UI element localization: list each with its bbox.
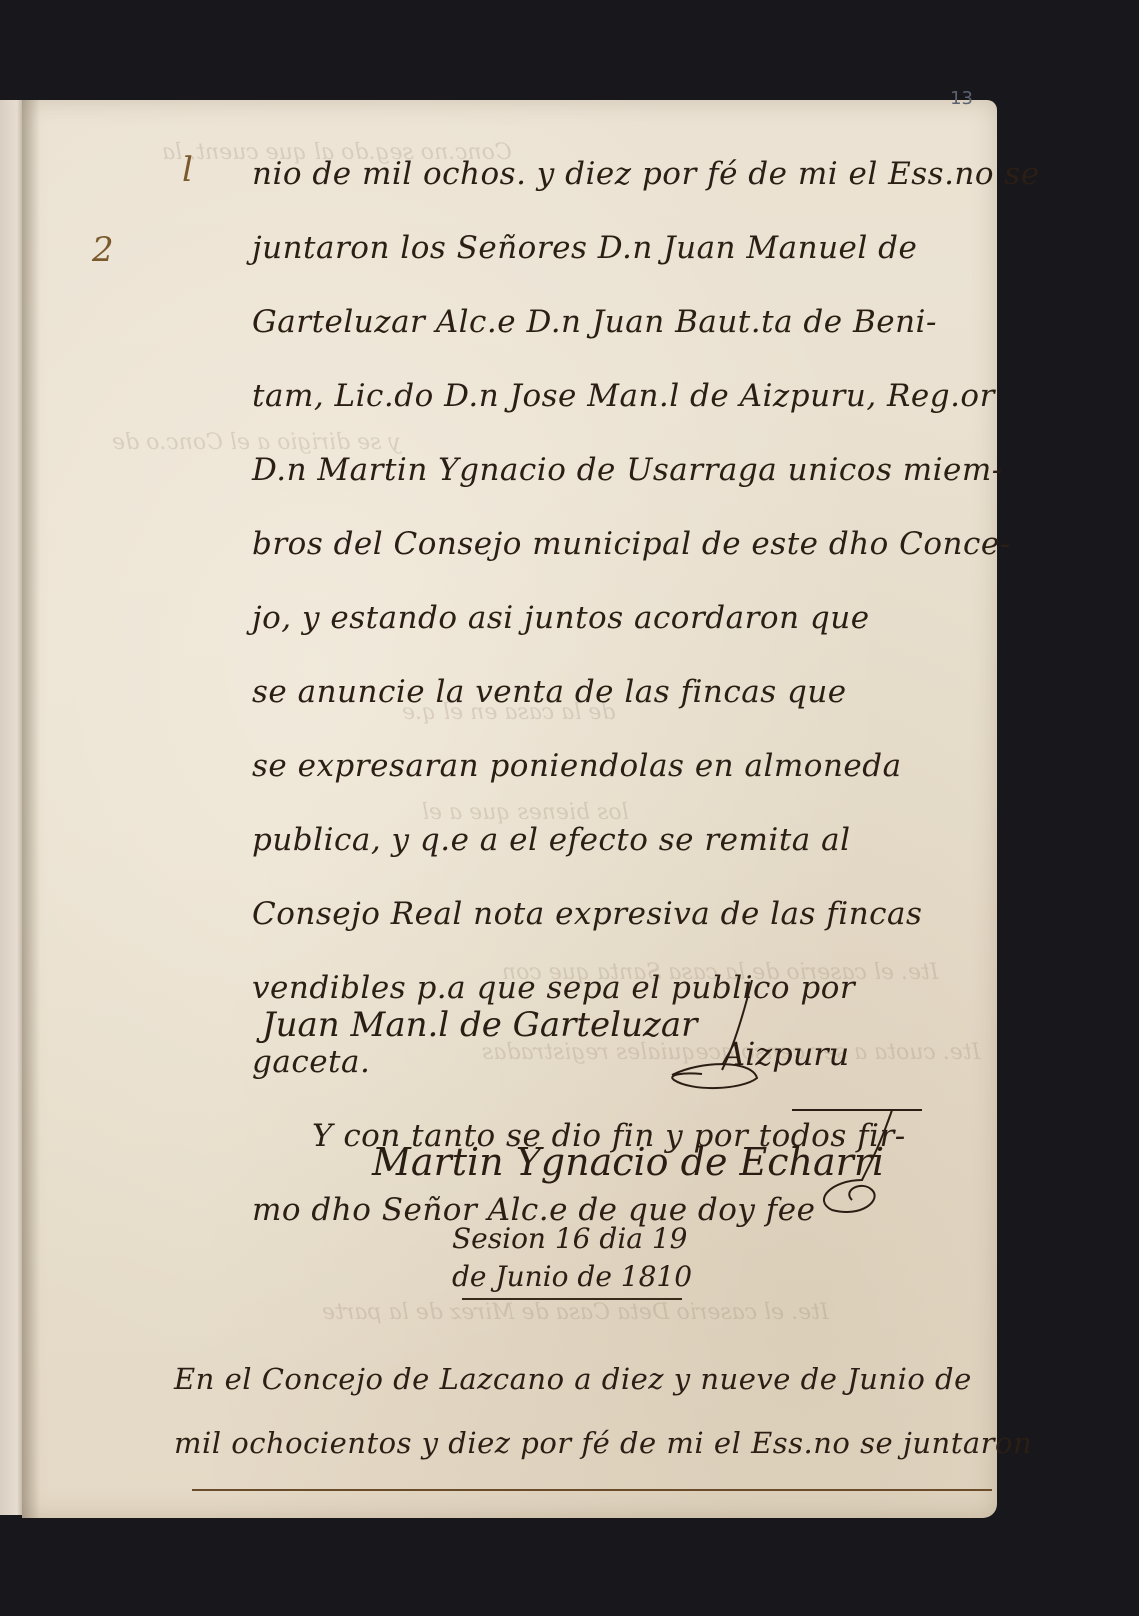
session-heading-line-1: Sesion 16 dia 19 xyxy=(452,1220,692,1258)
text-line: Garteluzar Alc.e D.n Juan Baut.ta de Ben… xyxy=(252,264,1012,338)
manuscript-page: 13 Conc.no seg.do al que cuent. la y se … xyxy=(22,100,997,1518)
text-line: En el Concejo de Lazcano a diez y nueve … xyxy=(174,1330,1004,1394)
session-heading: Sesion 16 dia 19 de Junio de 1810 xyxy=(452,1220,692,1296)
text-line: tam, Lic.do D.n Jose Man.l de Aizpuru, R… xyxy=(252,338,1012,412)
text-line: jo, y estando asi juntos acordaron que xyxy=(252,560,1012,634)
session-underline xyxy=(462,1298,682,1300)
text-line: se anuncie la venta de las fincas que xyxy=(252,634,1012,708)
text-line: bros del Consejo municipal de este dho C… xyxy=(252,486,1012,560)
text-line: Consejo Real nota expresiva de las finca… xyxy=(252,856,1012,930)
text-line: nio de mil ochos. y diez por fé de mi el… xyxy=(252,116,1012,190)
rubric-flourish xyxy=(662,980,782,1100)
text-line: juntaron los Señores D.n Juan Manuel de xyxy=(252,190,1012,264)
margin-mark: 2 xyxy=(92,230,114,270)
folio-number: 13 xyxy=(950,88,973,109)
text-line: se expresaran poniendolas en almoneda xyxy=(252,708,1012,782)
bleed-through-text: Ite. el caserio Deta Casa de Mirez de la… xyxy=(322,1300,829,1325)
signature-garteluzar: Juan Man.l de Garteluzar xyxy=(262,1005,697,1045)
session-heading-line-2: de Junio de 1810 xyxy=(452,1258,692,1296)
text-line: publica, y q.e a el efecto se remita al xyxy=(252,782,1012,856)
closing-rule xyxy=(192,1489,992,1491)
main-text-block: nio de mil ochos. y diez por fé de mi el… xyxy=(252,116,1012,1226)
gutter-shadow xyxy=(22,100,40,1518)
next-entry-text: En el Concejo de Lazcano a diez y nueve … xyxy=(174,1330,1004,1458)
text-line: mil ochocientos y diez por fé de mi el E… xyxy=(174,1394,1004,1458)
rubric-flourish xyxy=(772,1100,932,1220)
text-line: D.n Martin Ygnacio de Usarraga unicos mi… xyxy=(252,412,1012,486)
margin-mark: l xyxy=(182,150,193,190)
text-line: vendibles p.a que sepa el publico por xyxy=(252,930,1012,1004)
